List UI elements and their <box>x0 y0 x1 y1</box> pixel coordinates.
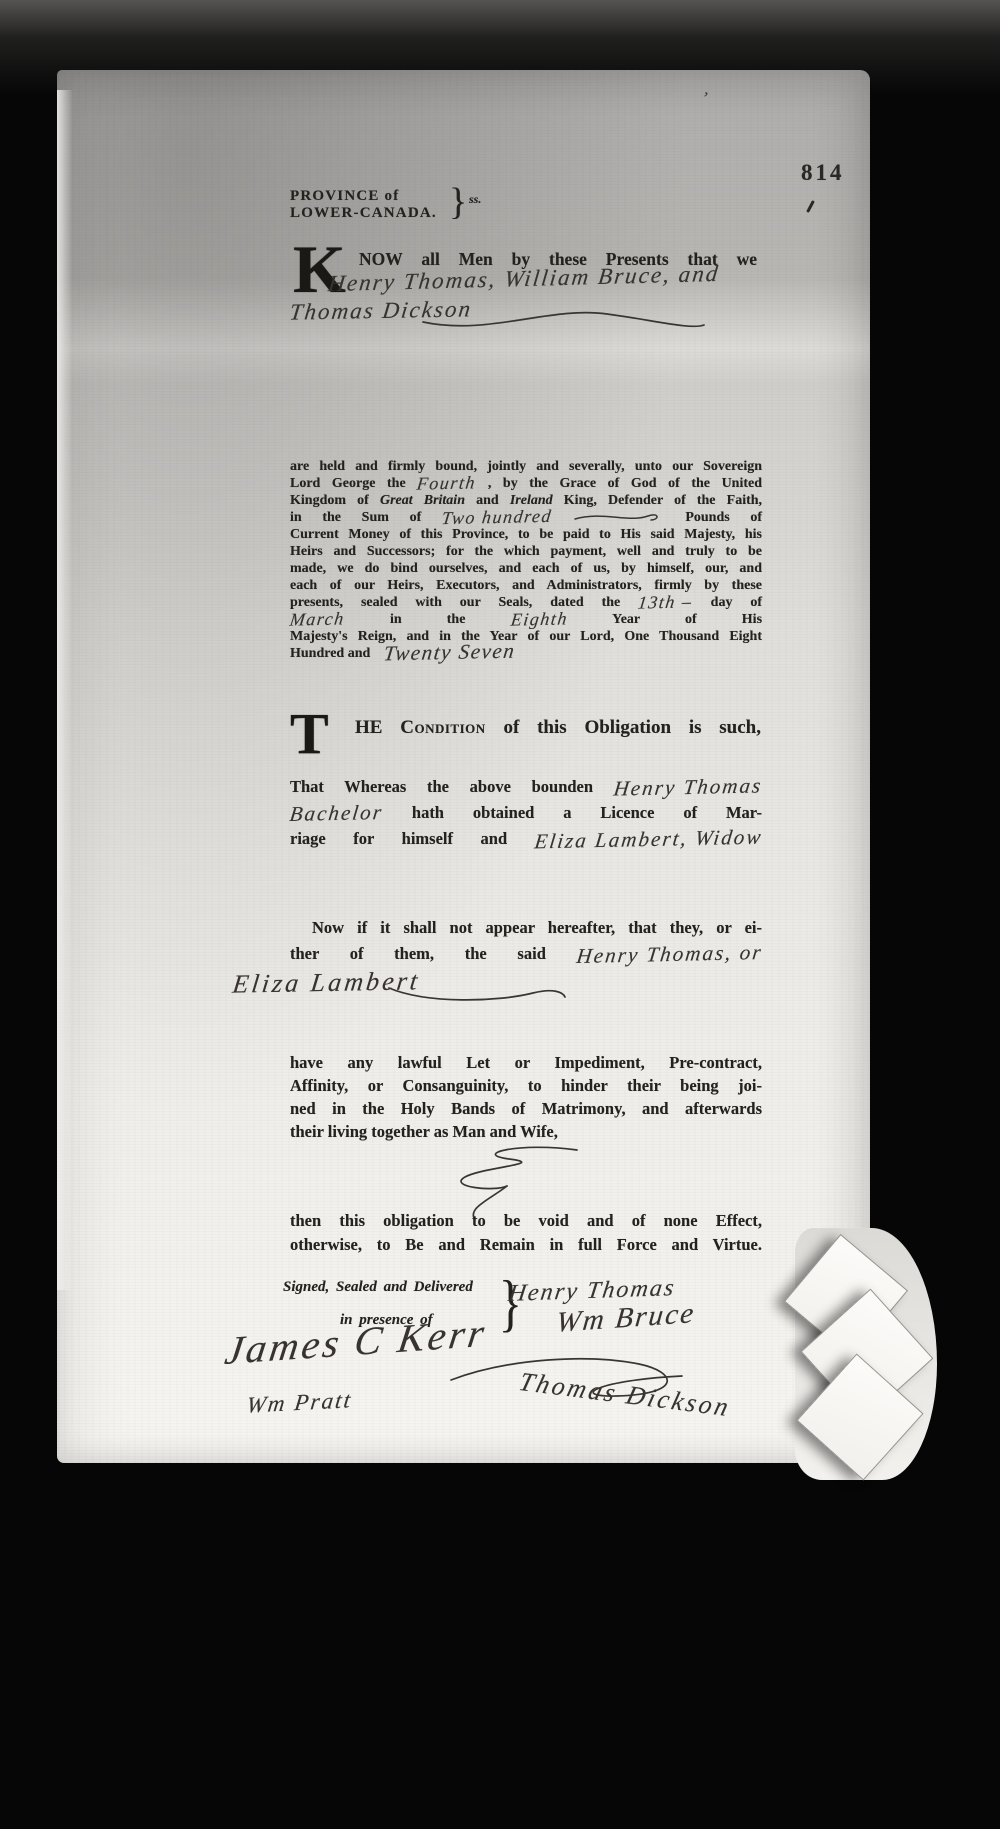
impediment-text: ned in the Holy Bands of Matrimony, and … <box>290 1099 762 1118</box>
bond-text: in the <box>390 612 465 627</box>
bond-text: Heirs and Successors; for the which paym… <box>290 544 762 559</box>
bond-text: made, we do bind ourselves, and each of … <box>290 561 762 576</box>
whereas-text: hath obtained a Licence of Mar- <box>412 803 762 822</box>
bond-text-italic: Great Britain <box>380 493 465 508</box>
condition-heading: HE Condition of this Obligation is such, <box>355 716 761 740</box>
fill-king-ordinal: Fourth <box>417 482 476 483</box>
fill-bride-name-status: Eliza Lambert, Widow <box>534 837 762 842</box>
fill-groom-name-2: Henry Thomas, or <box>576 952 762 956</box>
jurat-brace-icon: } <box>449 180 467 224</box>
fill-year-words: Twenty Seven <box>384 651 516 654</box>
attestation-line1: Signed, Sealed and Delivered <box>283 1279 473 1296</box>
bond-text: Hundred and <box>290 646 370 661</box>
fill-day-of-month: 13th – <box>638 601 693 602</box>
flourish-under-bride-name-icon <box>387 982 567 1008</box>
province-caption-line1: PROVINCE of <box>290 188 437 205</box>
bond-text: Majesty's Reign, and in the Year of our … <box>290 629 762 644</box>
dropcap-t: T <box>290 710 329 758</box>
bond-text: Current Money of this Province, to be pa… <box>290 527 762 542</box>
flourish-after-sum-icon <box>573 510 665 522</box>
defeasance-clause: then this obligation to be void and of n… <box>290 1209 762 1257</box>
bond-text: and <box>476 493 499 508</box>
proviso-text: ther of them, the said <box>290 944 546 963</box>
fill-penal-sum: Two hundred <box>442 516 552 518</box>
flourish-kerr-tail-icon <box>449 1350 684 1406</box>
ink-tick-mark <box>806 200 815 213</box>
bond-text: Year of His <box>612 612 762 627</box>
fill-regnal-year: Eighth <box>510 618 567 619</box>
fill-month: March <box>290 618 345 619</box>
defeasance-text: otherwise, to Be and Remain in full Forc… <box>290 1235 762 1254</box>
proviso-clause: Now if it shall not appear hereafter, th… <box>290 915 762 967</box>
impediment-text: their living together as Man and Wife, <box>290 1122 558 1141</box>
bond-text: Pounds of <box>685 510 762 525</box>
fill-groom-name: Henry Thomas <box>614 785 763 788</box>
proviso-text: Now if it shall not appear hereafter, th… <box>312 918 762 937</box>
scanned-document-viewport: { "document": { "page_number": "814", "h… <box>0 0 1000 1829</box>
jurat-ss-abbreviation: ss. <box>469 192 481 207</box>
bond-text: in the Sum of <box>290 510 421 525</box>
impediment-text: have any lawful Let or Impediment, Pre-c… <box>290 1053 762 1072</box>
whereas-text: riage for himself and <box>290 829 507 848</box>
bond-paragraph: are held and firmly bound, jointly and s… <box>290 458 762 662</box>
whereas-clause: That Whereas the above bounden Henry Tho… <box>290 774 762 852</box>
bond-text: Lord George the <box>290 476 406 491</box>
province-caption-line2: LOWER-CANADA. <box>290 205 437 222</box>
bond-text: , by the Grace of God of the United <box>488 476 762 491</box>
bond-text: King, Defender of the Faith, <box>564 493 762 508</box>
flourish-after-names-icon <box>419 304 709 340</box>
impediment-paragraph: have any lawful Let or Impediment, Pre-c… <box>290 1051 762 1143</box>
bond-text: day of <box>711 595 762 610</box>
condition-heading-he: HE <box>355 717 382 738</box>
defeasance-text: then this obligation to be void and of n… <box>290 1211 762 1230</box>
scan-artifact-mark: ʼ <box>700 88 711 110</box>
bond-text: Kingdom of <box>290 493 369 508</box>
whereas-text: That Whereas the above bounden <box>290 777 593 796</box>
bond-document-page: 814 ʼ PROVINCE of LOWER-CANADA. } ss. K … <box>57 70 870 1463</box>
condition-heading-word: Condition <box>400 717 485 738</box>
impediment-text: Affinity, or Consanguinity, to hinder th… <box>290 1076 762 1095</box>
condition-heading-rest: of this Obligation is such, <box>503 717 761 738</box>
bond-text: are held and firmly bound, jointly and s… <box>290 459 762 474</box>
archive-page-number: 814 <box>801 160 845 186</box>
fill-groom-status: Bachelor <box>290 812 383 814</box>
signature-witness-pratt: Wm Pratt <box>245 1387 354 1418</box>
